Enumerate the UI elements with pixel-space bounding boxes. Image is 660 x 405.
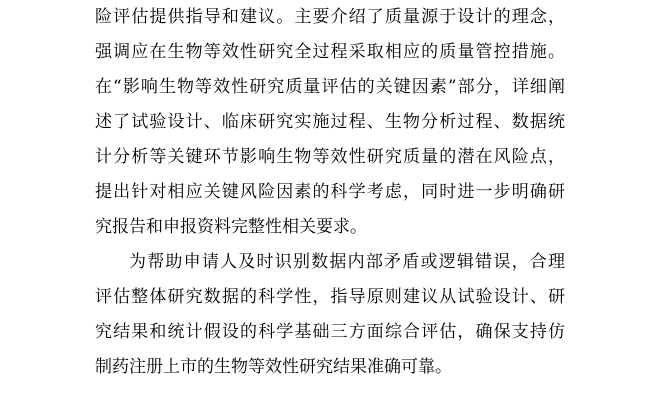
text-line: 评估整体研究数据的科学性，指导原则建议从试验设计、研 [95,280,565,315]
text-line: 制药注册上市的生物等效性研究结果准确可靠。 [95,350,565,385]
text-line: 计分析等关键环节影响生物等效性研究质量的潜在风险点， [95,140,565,175]
text-line: 为帮助申请人及时识别数据内部矛盾或逻辑错误，合理 [95,245,565,280]
text-line: 险评估提供指导和建议。主要介绍了质量源于设计的理念， [95,0,565,35]
text-line: 在“影响生物等效性研究质量评估的关键因素”部分，详细阐 [95,70,565,105]
text-line: 究结果和统计假设的科学基础三方面综合评估，确保支持仿 [95,315,565,350]
text-line: 究报告和申报资料完整性相关要求。 [95,210,565,245]
text-line: 述了试验设计、临床研究实施过程、生物分析过程、数据统 [95,105,565,140]
text-line: 强调应在生物等效性研究全过程采取相应的质量管控措施。 [95,35,565,70]
text-line: 提出针对相应关键风险因素的科学考虑，同时进一步明确研 [95,175,565,210]
document-page: 险评估提供指导和建议。主要介绍了质量源于设计的理念，强调应在生物等效性研究全过程… [0,0,660,405]
text-block: 险评估提供指导和建议。主要介绍了质量源于设计的理念，强调应在生物等效性研究全过程… [95,0,565,385]
